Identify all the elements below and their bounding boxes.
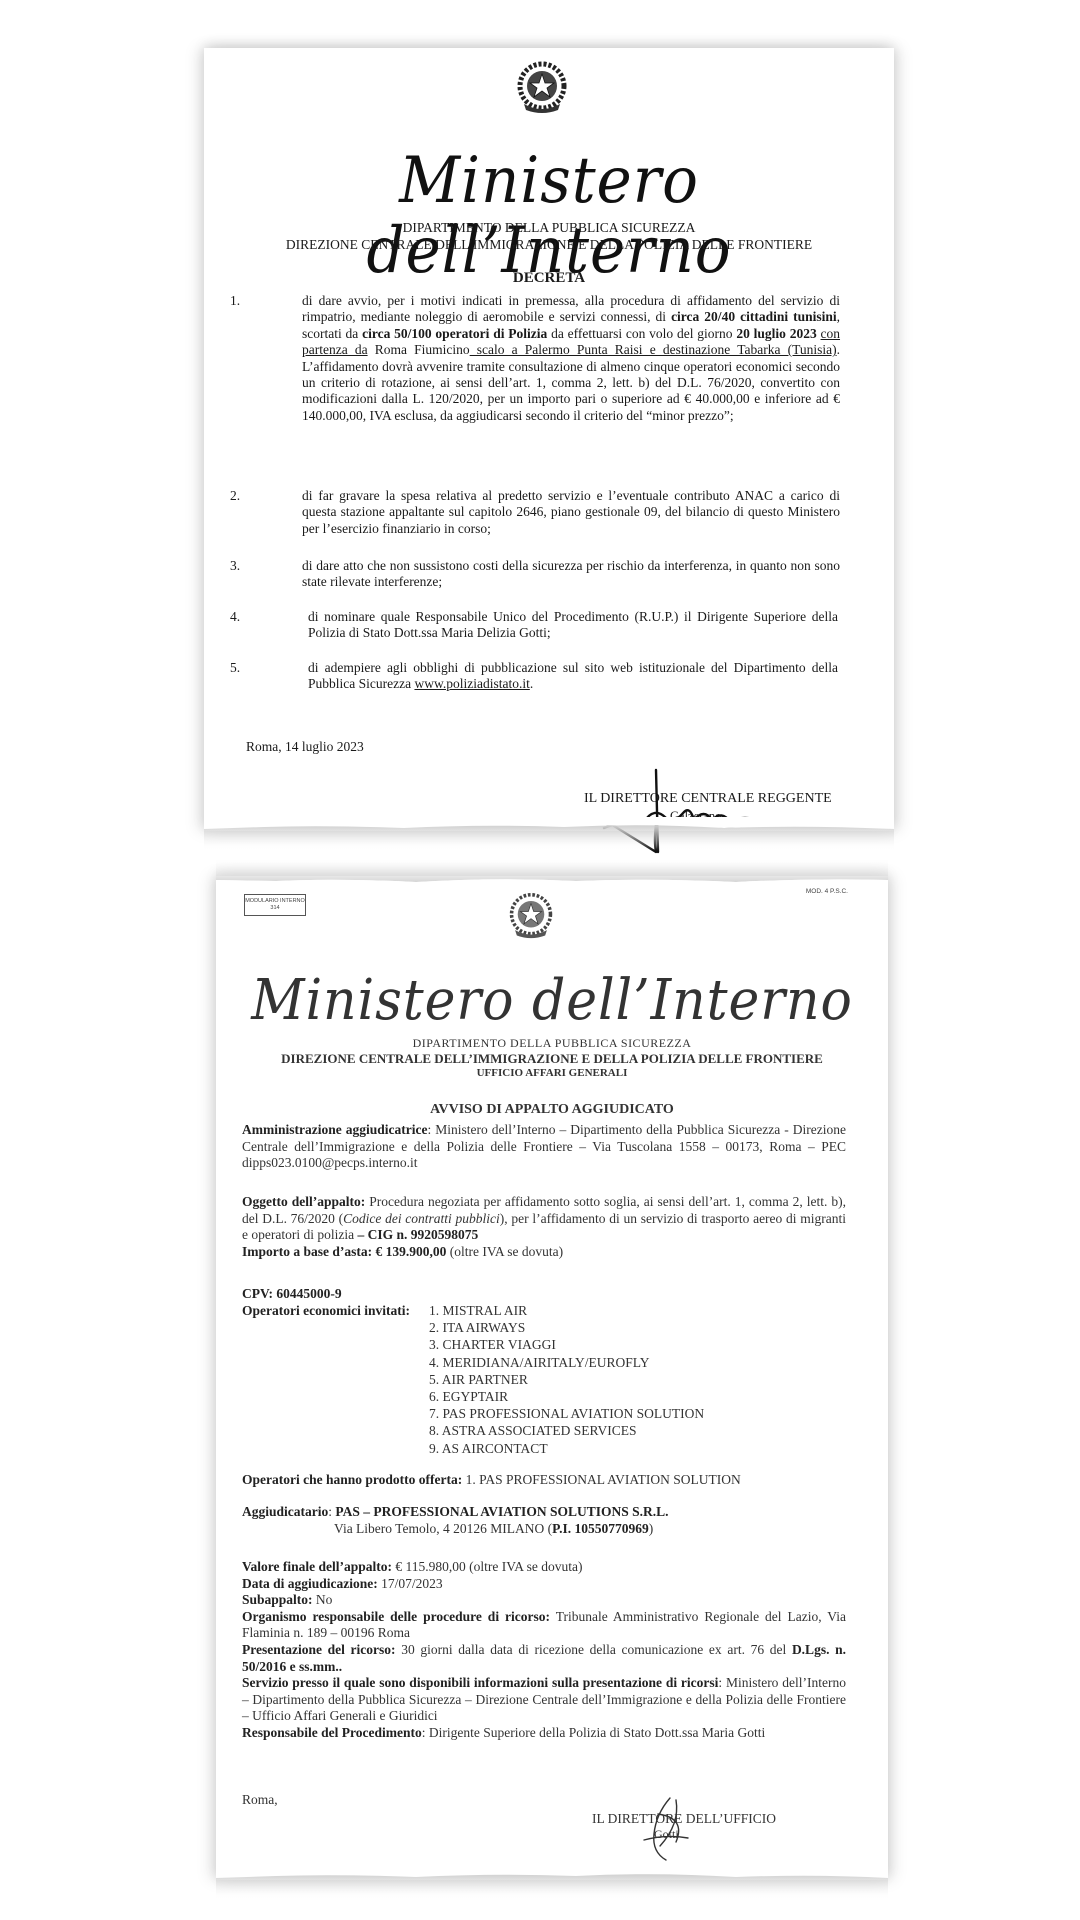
department-line: DIPARTIMENTO DELLA PUBBLICA SICUREZZA — [216, 1036, 888, 1051]
torn-edge — [216, 858, 888, 892]
decree-document: Ministero dell’Interno DIPARTIMENTO DELL… — [204, 48, 894, 831]
field-value: (oltre IVA se dovuta) — [446, 1244, 563, 1259]
text-run: . — [530, 676, 533, 691]
invited-operator-item: 5. AIR PARTNER — [429, 1371, 704, 1388]
field-label: Amministrazione aggiudicatrice — [242, 1122, 427, 1137]
field-label: Data di aggiudicazione: — [242, 1576, 378, 1591]
appeal-filing: 30 giorni dalla data di ricezione della … — [396, 1642, 792, 1657]
field-label: Oggetto dell’appalto: — [242, 1194, 365, 1209]
form-code: MOD. 4 P.S.C. — [806, 888, 848, 895]
italian-republic-emblem-icon — [508, 890, 554, 942]
award-date: 17/07/2023 — [378, 1576, 443, 1591]
field-label: Organismo responsabile delle procedure d… — [242, 1609, 550, 1624]
field-label: Aggiudicatario — [242, 1504, 328, 1519]
cig-code: – CIG n. 9920598075 — [357, 1227, 478, 1242]
field-label: Subappalto: — [242, 1592, 313, 1607]
text-run: di far gravare la spesa relativa al pred… — [302, 488, 840, 536]
field-label: Importo a base d’asta: — [242, 1244, 372, 1259]
ministry-title: Ministero dell’Interno — [240, 970, 865, 1032]
torn-edge — [204, 817, 894, 851]
invited-operator-item: 2. ITA AIRWAYS — [429, 1319, 704, 1336]
field-value: 1. PAS PROFESSIONAL AVIATION SOLUTION — [462, 1472, 741, 1487]
field-value-italic: Codice dei contratti pubblici — [343, 1211, 500, 1226]
field-label: Operatori economici invitati: — [242, 1303, 410, 1318]
field-label: Servizio presso il quale sono disponibil… — [242, 1675, 718, 1690]
invited-operator-item: 3. CHARTER VIAGGI — [429, 1336, 704, 1353]
text-run: 20 luglio 2023 — [736, 326, 816, 341]
awardee: Aggiudicatario: PAS – PROFESSIONAL AVIAT… — [242, 1504, 846, 1537]
text-run: da effettuarsi con volo del giorno — [547, 326, 736, 341]
office-line: UFFICIO AFFARI GENERALI — [216, 1067, 888, 1079]
item-number: 4. — [230, 609, 240, 625]
italian-republic-emblem-icon — [516, 60, 568, 116]
field-label: Operatori che hanno prodotto offerta: — [242, 1472, 462, 1487]
invited-operator-item: 4. MERIDIANA/AIRITALY/EUROFLY — [429, 1354, 704, 1371]
directorate-line: DIREZIONE CENTRALE DELL’IMMIGRAZIONE E D… — [216, 1051, 888, 1067]
base-amount: € 139.900,00 — [372, 1244, 446, 1259]
item-number: 1. — [230, 293, 240, 309]
invited-operator-item: 6. EGYPTAIR — [429, 1388, 704, 1405]
field-value: ) — [649, 1521, 654, 1536]
award-notice-document: MODULARIO INTERNO 314 MOD. 4 P.S.C. Mini… — [216, 876, 888, 1880]
awardee-name: PAS – PROFESSIONAL AVIATION SOLUTIONS S.… — [335, 1504, 668, 1519]
text-run: circa 20/40 cittadini tunisini — [671, 309, 837, 324]
form-box: MODULARIO INTERNO 314 — [244, 894, 306, 916]
procedure-manager: Dirigente Superiore della Polizia di Sta… — [426, 1725, 766, 1740]
item-text: di adempiere agli obblighi di pubblicazi… — [308, 660, 838, 693]
awardee-vat: P.I. 10550770969 — [552, 1521, 649, 1536]
item-text: di dare atto che non sussistono costi de… — [302, 558, 840, 591]
bidders: Operatori che hanno prodotto offerta: 1.… — [242, 1472, 846, 1489]
awardee-address: Via Libero Temolo, 4 20126 MILANO ( — [334, 1521, 552, 1536]
invited-operators-list: 1. MISTRAL AIR2. ITA AIRWAYS3. CHARTER V… — [429, 1302, 704, 1457]
award-details: Valore finale dell’appalto: € 115.980,00… — [242, 1559, 846, 1742]
place-date: Roma, 14 luglio 2023 — [246, 739, 364, 755]
item-text: di dare avvio, per i motivi indicati in … — [302, 293, 840, 424]
item-number: 5. — [230, 660, 240, 676]
ministry-title: Ministero dell’Interno — [228, 146, 870, 286]
text-run: di adempiere agli obblighi di pubblicazi… — [308, 660, 838, 691]
invited-operator-item: 7. PAS PROFESSIONAL AVIATION SOLUTION — [429, 1405, 704, 1422]
field-label: Valore finale dell’appalto: — [242, 1559, 392, 1574]
text-run: Roma Fiumicino — [368, 342, 470, 357]
decree-heading: DECRETA — [204, 270, 894, 287]
field-label: Responsabile del Procedimento — [242, 1725, 422, 1740]
text-run: di dare atto che non sussistono costi de… — [302, 558, 840, 589]
place: Roma, — [242, 1792, 278, 1808]
cpv-value: CPV: 60445000-9 — [242, 1286, 342, 1301]
invited-operator-item: 8. ASTRA ASSOCIATED SERVICES — [429, 1422, 704, 1439]
invited-operator-item: 9. AS AIRCONTACT — [429, 1440, 704, 1457]
text-run: circa 50/100 operatori di Polizia — [362, 326, 547, 341]
handwritten-signature-icon — [594, 766, 774, 856]
directorate-line: DIREZIONE CENTRALE DELL’IMMIGRAZIONE E D… — [204, 237, 894, 253]
item-number: 3. — [230, 558, 240, 574]
item-number: 2. — [230, 488, 240, 504]
text-run: scalo a Palermo Punta Raisi e destinazio… — [470, 342, 837, 357]
text-run: www.poliziadistato.it — [414, 676, 529, 691]
torn-edge — [216, 1866, 888, 1900]
text-run: di nominare quale Responsabile Unico del… — [308, 609, 838, 640]
item-text: di far gravare la spesa relativa al pred… — [302, 488, 840, 537]
field-label: Presentazione del ricorso: — [242, 1642, 396, 1657]
subcontract-value: No — [313, 1592, 333, 1607]
invited-operator-item: 1. MISTRAL AIR — [429, 1302, 704, 1319]
department-line: DIPARTIMENTO DELLA PUBBLICA SICUREZZA — [204, 220, 894, 236]
notice-heading: AVVISO DI APPALTO AGGIUDICATO — [216, 1102, 888, 1118]
contract-subject: Oggetto dell’appalto: Procedura negoziat… — [242, 1194, 846, 1260]
item-text: di nominare quale Responsabile Unico del… — [308, 609, 838, 642]
handwritten-signature-icon — [636, 1794, 696, 1864]
final-value: € 115.980,00 (oltre IVA se dovuta) — [392, 1559, 582, 1574]
contracting-authority: Amministrazione aggiudicatrice: Minister… — [242, 1122, 846, 1172]
